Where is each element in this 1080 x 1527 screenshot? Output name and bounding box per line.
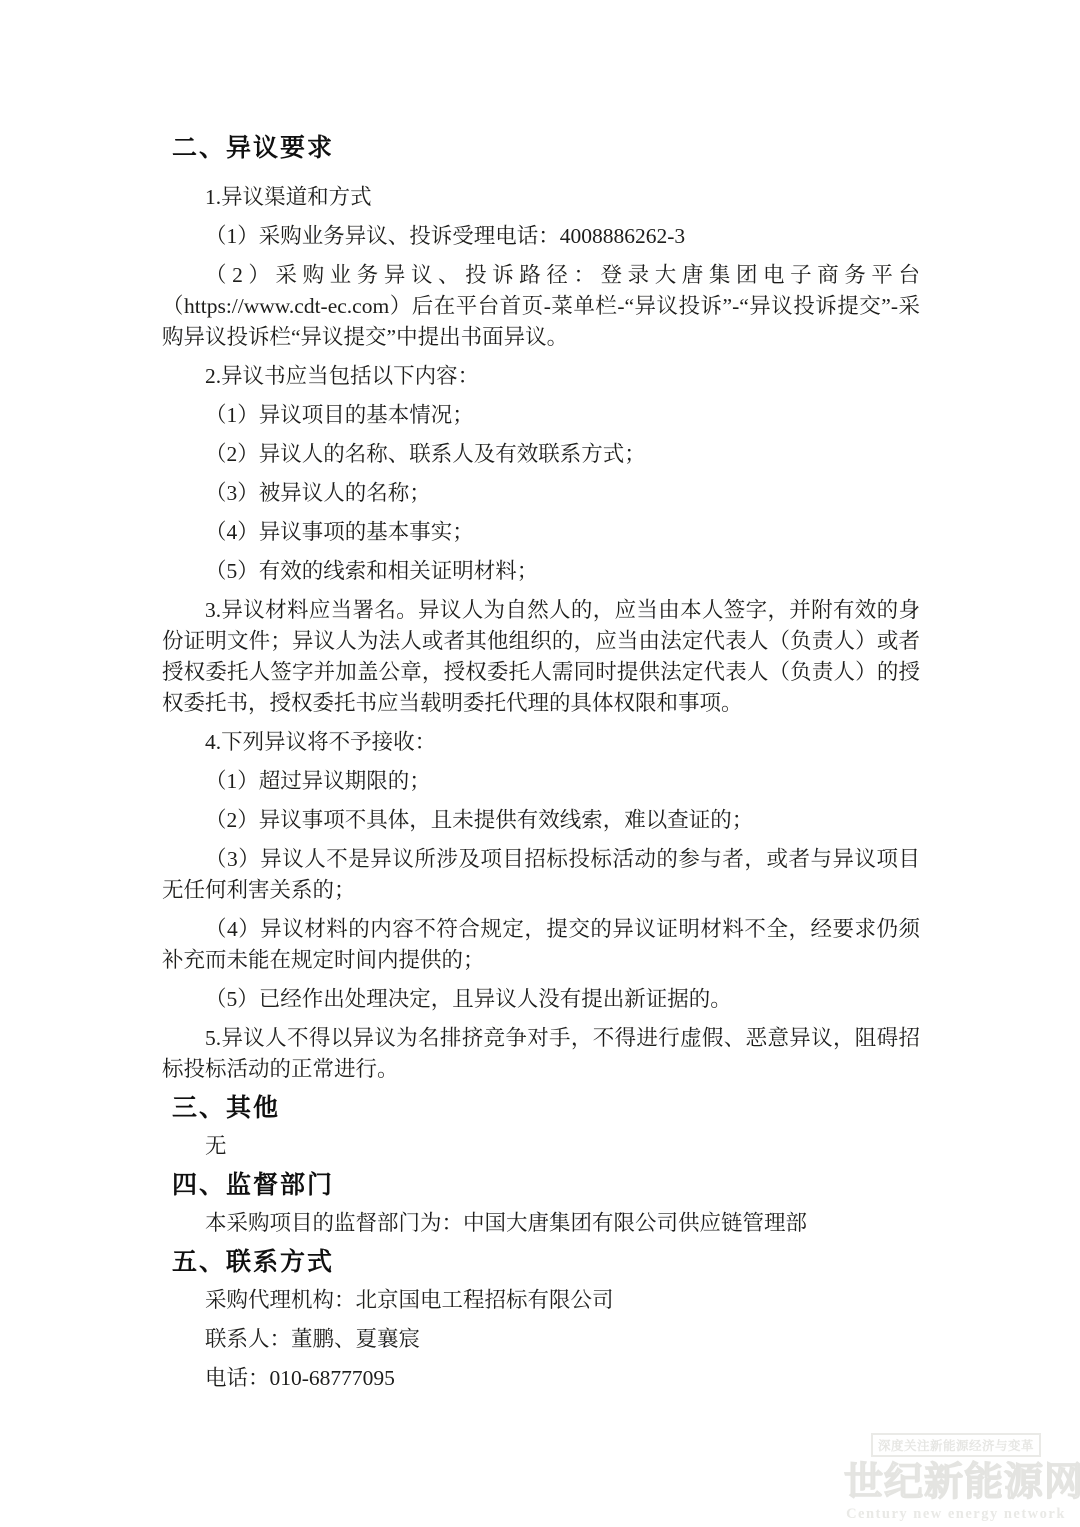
- paragraph: （4）异议事项的基本事实；: [162, 517, 920, 548]
- paragraph-phone-number: 电话：010-68777095: [162, 1363, 920, 1394]
- paragraph: 3.异议材料应当署名。异议人为自然人的，应当由本人签字，并附有效的身份证明文件；…: [162, 595, 920, 719]
- paragraph: （3）被异议人的名称；: [162, 478, 920, 509]
- paragraph: 本采购项目的监督部门为：中国大唐集团有限公司供应链管理部: [162, 1208, 920, 1239]
- paragraph: 5.异议人不得以异议为名排挤竞争对手，不得进行虚假、恶意异议，阻碍招标投标活动的…: [162, 1023, 920, 1085]
- paragraph: （3）异议人不是异议所涉及项目招标投标活动的参与者，或者与异议项目无任何利害关系…: [162, 844, 920, 906]
- paragraph-contact-person: 联系人：董鹏、夏襄宸: [162, 1324, 920, 1355]
- paragraph-procurement-agency: 采购代理机构：北京国电工程招标有限公司: [162, 1285, 920, 1316]
- section-heading-objection-requirements: 二、异议要求: [172, 133, 920, 163]
- watermark-english-name: Century new energy network: [844, 1506, 1068, 1523]
- document-body: 二、异议要求 1.异议渠道和方式 （1）采购业务异议、投诉受理电话：400888…: [162, 131, 920, 1402]
- section-heading-supervision-department: 四、监督部门: [172, 1170, 920, 1200]
- paragraph: （5）有效的线索和相关证明材料；: [162, 556, 920, 587]
- watermark: 深度关注新能源经济与变革 世纪新能源网 Century new energy n…: [844, 1433, 1068, 1523]
- paragraph: 1.异议渠道和方式: [162, 182, 920, 213]
- watermark-tagline: 深度关注新能源经济与变革: [871, 1433, 1041, 1457]
- paragraph: 无: [162, 1131, 920, 1162]
- paragraph: 2.异议书应当包括以下内容：: [162, 361, 920, 392]
- paragraph: （1）采购业务异议、投诉受理电话：4008886262-3: [162, 221, 920, 252]
- paragraph: 4.下列异议将不予接收：: [162, 727, 920, 758]
- paragraph: （1）超过异议期限的；: [162, 766, 920, 797]
- paragraph: （4）异议材料的内容不符合规定，提交的异议证明材料不全，经要求仍须补充而未能在规…: [162, 914, 920, 976]
- watermark-site-name: 世纪新能源网: [844, 1463, 1068, 1502]
- section-heading-contact-information: 五、联系方式: [172, 1247, 920, 1277]
- paragraph: （5）已经作出处理决定，且异议人没有提出新证据的。: [162, 984, 920, 1015]
- paragraph: （2）采购业务异议、投诉路径：登录大唐集团电子商务平台（https://www.…: [162, 260, 920, 353]
- paragraph: （2）异议事项不具体，且未提供有效线索，难以查证的；: [162, 805, 920, 836]
- section-heading-other: 三、其他: [172, 1093, 920, 1123]
- paragraph: （1）异议项目的基本情况；: [162, 400, 920, 431]
- paragraph: （2）异议人的名称、联系人及有效联系方式；: [162, 439, 920, 470]
